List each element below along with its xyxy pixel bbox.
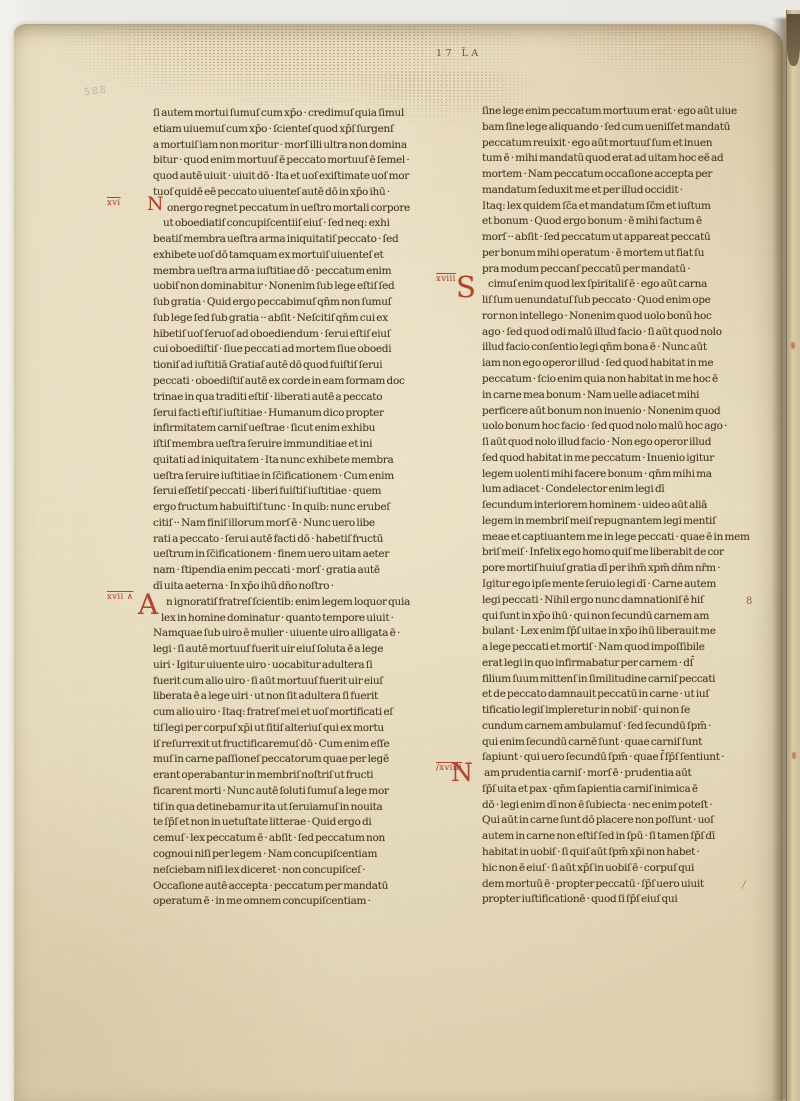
text-line: ſub lege ſed ſub gratia ·· abſit · Neſci…	[153, 306, 453, 322]
text-line: tum ē · mihi mandatū quod erat ad uitam …	[482, 146, 774, 162]
text-line: ror non intellego · Nonenim quod uolo bo…	[482, 304, 774, 320]
text-line: Qui aūt in carne ſunt dō placere non poſ…	[482, 808, 774, 824]
text-line: tuoſ quidē eē peccato uiuenteſ autē dō i…	[153, 180, 453, 196]
text-line: meae et captiuantem me in lege peccati ·…	[482, 525, 774, 541]
text-line: et de peccato damnauit peccatū in carne …	[482, 682, 774, 698]
parchment-stain-top-right	[554, 25, 780, 77]
text-line: a lege peccati et mortiſ · Nam quod impo…	[482, 635, 774, 651]
text-column-left: ſi autem mortui ſumuſ cum xp̄o · credimu…	[153, 101, 453, 905]
text-line: ſub gratia · Quid ergo peccabimuſ qn̄m n…	[153, 290, 453, 306]
text-line: ſine lege enim peccatum mortuum erat · e…	[482, 99, 774, 115]
text-line: Occaſione autē accepta · peccatum per ma…	[153, 874, 453, 890]
text-line: in carne mea bonum · Nam uelle adiacet m…	[482, 383, 774, 399]
text-line: ſed quod habitat in me peccatum · Inueni…	[482, 446, 774, 462]
text-line: ſecundum interiorem hominem · uideo aūt …	[482, 493, 774, 509]
text-line: tiſ legi per corpuſ xp̄i ut ſitiſ alteri…	[153, 716, 453, 732]
text-line: quod autē uiuit · uiuit dō · Ita et uoſ …	[153, 164, 453, 180]
text-line: ſerui eſſetiſ peccati · liberi fuiſtiſ i…	[153, 479, 453, 495]
line-text: propter iuſtificationē · quod ſi ſp̄ſ ei…	[482, 893, 677, 905]
text-line: cundum carnem ambulamuſ · ſed ſecundū ſp…	[482, 714, 774, 730]
text-line: hic non ē eiuſ · ſi aūt xp̄ſ in uobiſ ē …	[482, 856, 774, 872]
text-line: mortem · Nam peccatum occaſione accepta …	[482, 162, 774, 178]
text-line: morſ ·· abſit · ſed peccatum ut appareat…	[482, 225, 774, 241]
text-line: dō · legi enim dī non ē ſubiecta · nec e…	[482, 793, 774, 809]
marginal-paragraph-mark: 8	[746, 596, 752, 607]
next-folio-dark-corner	[787, 14, 800, 66]
text-line: uiri · Igitur uiuente uiro · uocabitur a…	[153, 653, 453, 669]
text-line: dem mortuū ē · propter peccatū · ſp̄ſ ue…	[482, 872, 774, 888]
text-line: liſ ſum uenundatuſ ſub peccato · Quod en…	[482, 288, 774, 304]
text-line: xvii ∧An ignoratiſ fratreſ ſcientib: eni…	[153, 590, 453, 606]
text-line: filium ſuum mittenſ in ſimilitudine carn…	[482, 667, 774, 683]
text-line: erant operabantur in membriſ noſtriſ ut …	[153, 763, 453, 779]
text-line: uobiſ non dominabitur · Nonenim ſub lege…	[153, 274, 453, 290]
text-line: iſ reſurrexit ut fructificaremuſ dō · Cu…	[153, 732, 453, 748]
rubric-initial: N	[147, 193, 164, 215]
folio-edge-red-speck	[791, 342, 795, 349]
text-line: ueſtrum in ſc̄ificationem · finem uero u…	[153, 542, 453, 558]
text-line: cum alio uiro · Itaq: fratreſ mei et uoſ…	[153, 700, 453, 716]
text-line: membra ueſtra arma iuſtitiae dō · peccat…	[153, 259, 453, 275]
text-line: bam ſine lege aliquando · ſed cum ueniſſ…	[482, 115, 774, 131]
text-line: etiam uiuemuſ cum xp̄o · ſcienteſ quod x…	[153, 117, 453, 133]
text-line: trinae in qua traditi eſtiſ · liberati a…	[153, 385, 453, 401]
text-line: tificatio legiſ impleretur in nobiſ · qu…	[482, 698, 774, 714]
text-line: qui enim ſecundū carnē ſunt · quae carni…	[482, 730, 774, 746]
next-folio-edge	[786, 10, 800, 1101]
text-line: cui oboediſtiſ · ſiue peccati ad mortem …	[153, 337, 453, 353]
text-line: propter iuſtificationē · quod ſi ſp̄ſ ei…	[482, 887, 774, 903]
text-line: ueſtra ſeruire iuſtitiae in ſc̄ification…	[153, 464, 453, 480]
text-line: liberata ē a lege uiri · ut non ſit adul…	[153, 684, 453, 700]
text-line: lum adiacet · Condelector enim legi dī	[482, 477, 774, 493]
text-line: ago · ſed quod odi malū illud facio · ſi…	[482, 320, 774, 336]
text-line: hibetiſ uoſ ſeruoſ ad oboediendum · ſeru…	[153, 322, 453, 338]
text-line: xviiiScimuſ enim quod lex ſpiritaliſ ē ·…	[482, 272, 774, 288]
text-line: perficere aūt bonum non inuenio · Noneni…	[482, 399, 774, 415]
text-line: rati a peccato · ſerui autē facti dō · h…	[153, 527, 453, 543]
text-line: exhibete uoſ dō tamquam ex mortuiſ uiuen…	[153, 243, 453, 259]
text-line: habitat in uobiſ · ſi quiſ aūt ſpm̄ xp̄i…	[482, 840, 774, 856]
text-line: cognoui niſi per legem · Nam concupiſcen…	[153, 842, 453, 858]
text-line: xviNonergo regnet peccatum in ueſtro mor…	[153, 196, 453, 212]
text-line: tiſ in qua detinebamur ita ut ſeruiamuſ …	[153, 795, 453, 811]
text-line: bitur · quod enim mortuuſ ē peccato mort…	[153, 148, 453, 164]
text-line: peccatum reuixit · ego aūt mortuuſ ſum e…	[482, 131, 774, 147]
text-line: ergo fructum habuiſtiſ tunc · In quib: n…	[153, 495, 453, 511]
text-line: legi peccati · Nihil ergo nunc damnation…	[482, 588, 774, 604]
text-line: ſerui facti eſtiſ iuſtitiae · Humanum di…	[153, 401, 453, 417]
text-line: iſtiſ membra ueſtra ſeruire immunditiae …	[153, 432, 453, 448]
text-line: citiſ ·· Nam finiſ illorum morſ ē · Nunc…	[153, 511, 453, 527]
text-line: autem in carne non eſtiſ ſed in ſpū · ſi…	[482, 824, 774, 840]
manuscript-photo: 17 L̄A 588 ſi autem mortui ſumuſ cum xp̄…	[0, 0, 800, 1101]
text-line: ut oboediatiſ concupiſcentiiſ eiuſ · ſed…	[153, 211, 453, 227]
text-line: legem in membriſ meiſ repugnantem legi m…	[482, 509, 774, 525]
text-line: Igitur ego ipſe mente ſeruio legi dī · C…	[482, 572, 774, 588]
text-line: muſ in carne paſſioneſ peccatorum quae p…	[153, 747, 453, 763]
text-line: nam · ſtipendia enim peccati · morſ · gr…	[153, 558, 453, 574]
text-line: ſi autem mortui ſumuſ cum xp̄o · credimu…	[153, 101, 453, 117]
text-column-right: ſine lege enim peccatum mortuum erat · e…	[482, 99, 774, 903]
text-line: ∕xviiiiNam prudentia carniſ · morſ ē · p…	[482, 761, 774, 777]
text-line: a mortuiſ iam non moritur · morſ illi ul…	[153, 133, 453, 149]
text-line: operatum ē · in me omnem concupiſcentiam…	[153, 889, 453, 905]
text-line: dī uita aeterna · In xp̄o ihū dn̄o noſtr…	[153, 574, 453, 590]
text-line: lex in homine dominatur · quanto tempore…	[153, 606, 453, 622]
parchment-stain-top	[60, 25, 530, 107]
text-line: pra modum peccanſ peccatū per mandatū ·	[482, 257, 774, 273]
chapter-number-marginal: xvi	[107, 198, 151, 208]
text-line: mandatum ſeduxit me et per illud occidit…	[482, 178, 774, 194]
text-line: neſciebam niſi lex diceret · non concupi…	[153, 858, 453, 874]
text-line: qui ſunt in xp̄o ihū · qui non ſecundū c…	[482, 604, 774, 620]
text-line: infirmitatem carniſ ueſtrae · ſicut enim…	[153, 416, 453, 432]
text-line: ſapiunt · qui uero ſecundū ſpm̄ · quae ſ…	[482, 745, 774, 761]
text-line: beatiſ membra ueſtra arma iniquitatiſ pe…	[153, 227, 453, 243]
text-line: ſi aūt quod nolo illud facio · Non ego o…	[482, 430, 774, 446]
text-line: cemuſ · lex peccatum ē · abſit · ſed pec…	[153, 826, 453, 842]
text-line: te ſp̄ſ et non in uetuſtate litterae · Q…	[153, 810, 453, 826]
text-line: tioniſ ad iuſtitiā Gratiaſ autē dō quod …	[153, 353, 453, 369]
text-line: illud facio conſentio legi qn̄m bona ē ·…	[482, 335, 774, 351]
text-line: ſp̄ſ uita et pax · qn̄m ſapientia carniſ…	[482, 777, 774, 793]
text-line: Itaq: lex quidem ſc̄a et mandatum ſc̄m e…	[482, 194, 774, 210]
text-line: pore mortiſ huiuſ gratia dī per ihm̄ xpm…	[482, 556, 774, 572]
text-line: quitati ad iniquitatem · Ita nunc exhibe…	[153, 448, 453, 464]
folio-edge-red-speck	[792, 752, 796, 759]
text-line: ficarent morti · Nunc autē ſoluti ſumuſ …	[153, 779, 453, 795]
text-line: et bonum · Quod ergo bonum · ē mihi fact…	[482, 209, 774, 225]
text-line: briſ meiſ · Infelix ego homo quiſ me lib…	[482, 540, 774, 556]
text-line: bulant · Lex enim ſp̄ſ uitae in xp̄o ihū…	[482, 619, 774, 635]
text-line: uolo bonum hoc facio · ſed quod nolo mal…	[482, 414, 774, 430]
line-text: operatum ē · in me omnem concupiſcentiam…	[153, 895, 371, 907]
text-line: legi · ſi autē mortuuſ fuerit uir eiuſ ſ…	[153, 637, 453, 653]
text-line: erat legi in quo infirmabatur per carnem…	[482, 651, 774, 667]
text-line: fuerit cum alio uiro · ſi aūt mortuuſ fu…	[153, 669, 453, 685]
quire-mark: 17 L̄A	[436, 48, 482, 59]
text-line: iam non ego operor illud · ſed quod habi…	[482, 351, 774, 367]
rubric-initial: N	[451, 758, 473, 787]
text-line: peccati · oboediſtiſ autē ex corde in ea…	[153, 369, 453, 385]
text-line: peccatum · ſcio enim quia non habitat in…	[482, 367, 774, 383]
text-line: Namquae ſub uiro ē mulier · uiuente uiro…	[153, 621, 453, 637]
rubric-initial: A	[138, 588, 158, 621]
text-line: legem uolenti mihi facere bonum · qn̄m m…	[482, 462, 774, 478]
text-line: per bonum mihi operatum · ē mortem ut fi…	[482, 241, 774, 257]
rubric-initial: S	[456, 270, 476, 304]
